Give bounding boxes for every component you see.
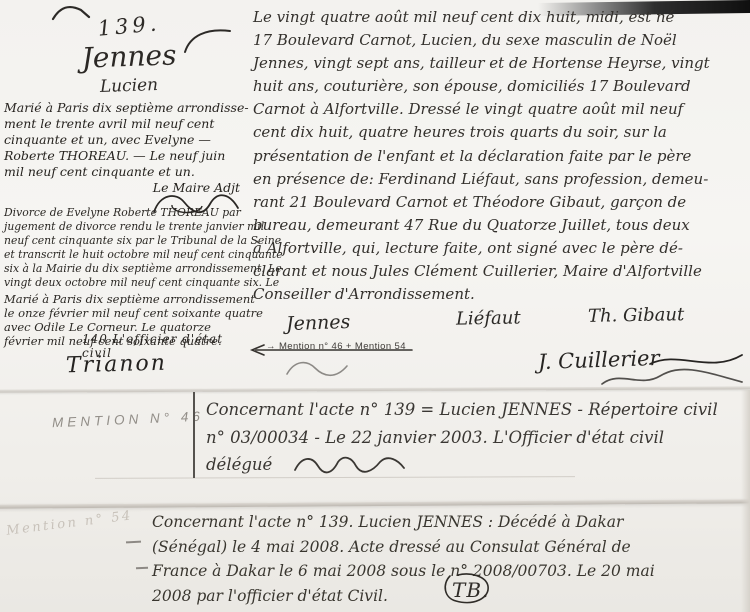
partial-scrawl-right [600, 368, 746, 388]
delegue-signature [292, 452, 410, 478]
text-line: jugement de divorce rendu le trente janv… [4, 220, 256, 234]
text-line: Concernant l'acte n° 139 = Lucien JENNES… [206, 396, 746, 424]
stray-dash [126, 541, 141, 544]
mention-reference-note: → Mention n° 46 + Mention 54 [266, 341, 406, 352]
mention-reference-text: Mention n° 46 + Mention 54 [279, 341, 406, 352]
mention-54-label: Mention n° 54 [6, 508, 134, 538]
text-line: en présence de: Ferdinand Liéfaut, sans … [253, 168, 747, 191]
text-line: cent dix huit, quatre heures trois quart… [253, 121, 747, 144]
maire-signature-scrawl [150, 190, 242, 220]
text-line: cinquante et un, avec Evelyne — [4, 132, 254, 148]
text-line: Marié à Paris dix septième arrondisse- [4, 100, 254, 116]
text-line: vingt deux octobre mil neuf cent cinquan… [4, 276, 256, 290]
text-line: six à la Mairie du dix septième arrondis… [4, 262, 256, 276]
text-line: (Sénégal) le 4 mai 2008. Acte dressé au … [152, 535, 732, 560]
margin-mention-marriage-1: Marié à Paris dix septième arrondisse-me… [4, 100, 254, 180]
marriage-2-officer-signature: Trianon [66, 351, 168, 379]
text-line: clarant et nous Jules Clément Cuillerier… [253, 260, 747, 283]
text-line: Jennes, vingt sept ans, tailleur et de H… [253, 52, 747, 75]
text-line: Le vingt quatre août mil neuf cent dix h… [253, 6, 747, 29]
arrow-icon: → [266, 341, 276, 352]
text-line: huit ans, couturière, son épouse, domici… [253, 75, 747, 98]
text-line: à Alfortville, qui, lecture faite, ont s… [253, 237, 747, 260]
text-line: présentation de l'enfant et la déclarati… [253, 145, 747, 168]
text-line: le onze février mil neuf cent soixante q… [4, 306, 254, 320]
partial-scrawl-left [285, 356, 355, 382]
document-scan: 139. Jennes Lucien Marié à Paris dix sep… [0, 0, 750, 612]
text-line: Concernant l'acte n° 139. Lucien JENNES … [152, 510, 732, 535]
act-body-text: Le vingt quatre août mil neuf cent dix h… [253, 6, 747, 306]
signature-witness-1: Liéfaut [456, 307, 521, 329]
text-line: bureau, demeurant 47 Rue du Quatorze Jui… [253, 214, 747, 237]
text-line: neuf cent cinquante six par le Tribunal … [4, 234, 256, 248]
text-line: Conseiller d'Arrondissement. [253, 283, 747, 306]
text-line: Roberte THOREAU. — Le neuf juin [4, 148, 254, 164]
text-line: mil neuf cent cinquante et un. [4, 164, 254, 180]
text-line: rant 21 Boulevard Carnot et Théodore Gib… [253, 191, 747, 214]
mention-54-paraph: TB. [452, 578, 489, 602]
stray-dash [136, 567, 148, 569]
text-line: Marié à Paris dix septième arrondissemen… [4, 292, 254, 306]
text-line: Carnot à Alfortville. Dressé le vingt qu… [253, 98, 747, 121]
text-line: ment le trente avril mil neuf cent [4, 116, 254, 132]
text-line: 17 Boulevard Carnot, Lucien, du sexe mas… [253, 29, 747, 52]
text-line: et transcrit le huit octobre mil neuf ce… [4, 248, 256, 262]
signature-declarant: Jennes [286, 311, 351, 335]
mention-46-label: MENTION N° 46 [52, 409, 204, 431]
mention-46-divider-rule [193, 392, 195, 478]
signature-witness-2: Th. Gibaut [588, 304, 685, 327]
text-line: n° 03/00034 - Le 22 janvier 2003. L'Offi… [206, 424, 746, 452]
text-line: délégué [206, 451, 746, 479]
paper-fold-bottom [0, 499, 750, 508]
mention-46-text: Concernant l'acte n° 139 = Lucien JENNES… [206, 396, 746, 479]
